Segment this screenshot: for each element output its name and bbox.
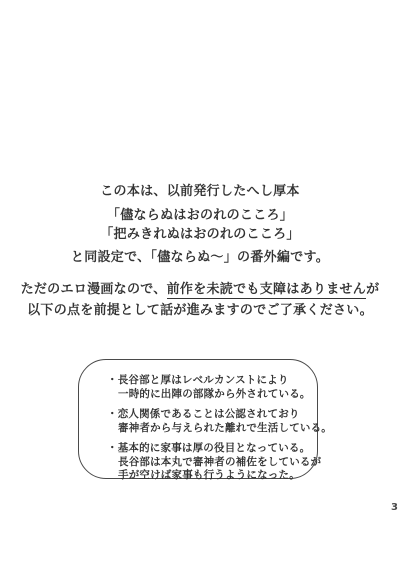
premise-item-line: ・基本的に家事は厚の役目となっている。 [107,442,309,456]
disclaimer-pre-text: ただのエロ漫画なので、 [21,282,167,297]
premise-item: ・基本的に家事は厚の役目となっている。 長谷部は本丸で審神者の補佐をしているが … [107,442,309,483]
disclaimer-line-2: 以下の点を前提として話が進みますのでご了承ください。 [0,299,400,318]
book-title-1: 「儘ならぬはおのれのこころ」 [0,204,400,223]
premise-item: ・長谷部と厚はレベルカンストにより 一時的に出陣の部隊から外されている。 [107,374,309,401]
disclaimer-underlined-text: 前作を未読でも支障はありません [167,282,367,299]
premise-item-line: 手が空けば家事も行うようになった。 [107,469,309,483]
disclaimer-post-text: が [366,282,379,297]
premise-item-line: 長谷部は本丸で審神者の補佐をしているが [107,456,309,470]
premise-item-line: ・恋人関係であることは公認されており [107,408,309,422]
intro-line: この本は、以前発行したへし厚本 [0,180,400,199]
premise-item-line: 一時的に出陣の部隊から外されている。 [107,388,309,402]
premise-item-line: ・長谷部と厚はレベルカンストにより [107,374,309,388]
premise-item-line: 審神者から与えられた離れで生活している。 [107,422,309,436]
book-title-2: 「把みきれぬはおのれのこころ」 [0,223,400,242]
premise-item: ・恋人関係であることは公認されており 審神者から与えられた離れで生活している。 [107,408,309,435]
page-number: 3 [391,502,398,513]
intro-setting-line: と同設定で、「儘ならぬ〜」の番外編です。 [0,246,400,265]
disclaimer-line: ただのエロ漫画なので、前作を未読でも支障はありませんが [0,278,400,297]
document-page: この本は、以前発行したへし厚本 「儘ならぬはおのれのこころ」 「把みきれぬはおの… [0,0,400,565]
premise-box: ・長谷部と厚はレベルカンストにより 一時的に出陣の部隊から外されている。 ・恋人… [78,359,318,479]
